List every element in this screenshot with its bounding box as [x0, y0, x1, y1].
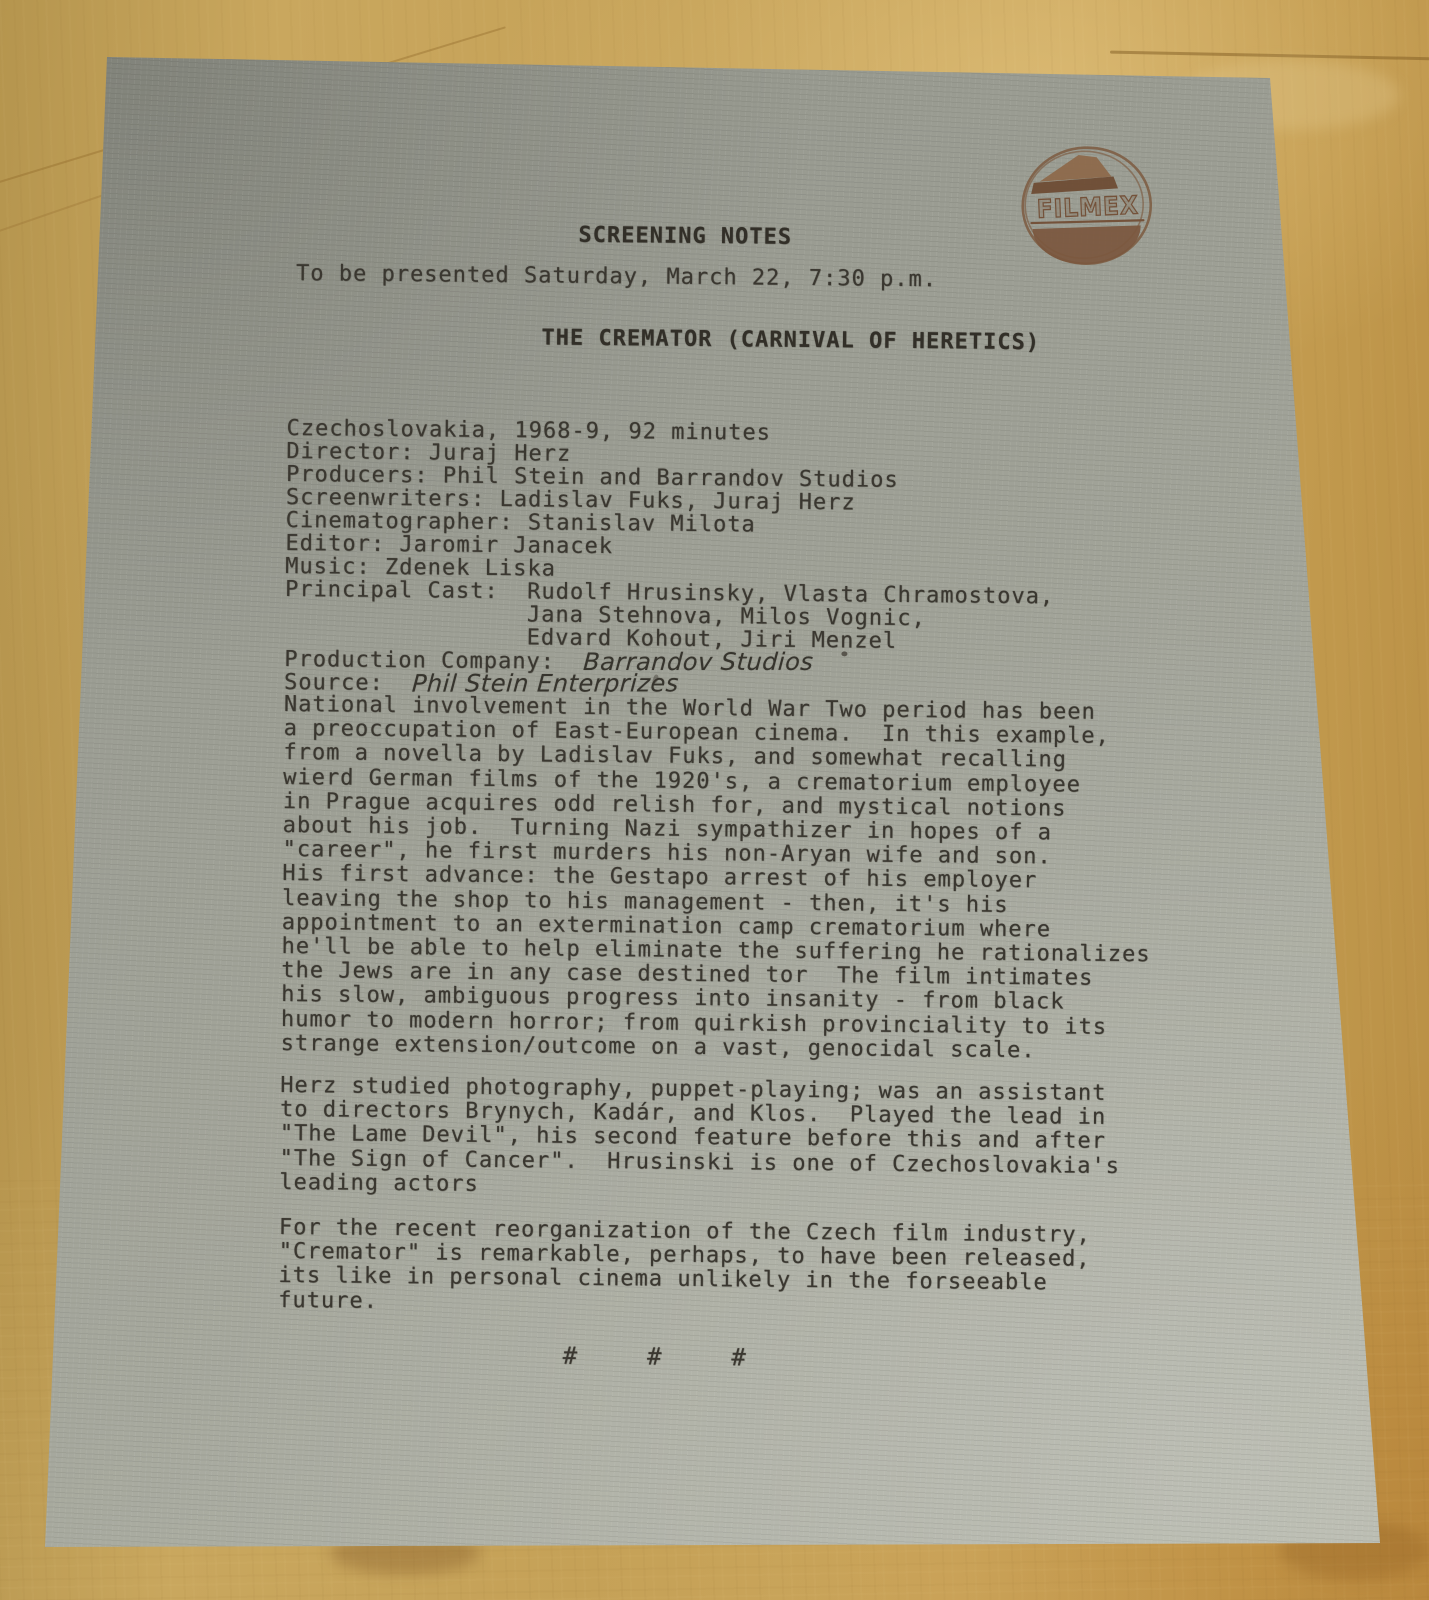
synopsis-paragraph: National involvement in the World War Tw… [281, 693, 1153, 1064]
film-credits: Czechoslovakia, 1968-9, 92 minutes Direc… [284, 417, 1055, 654]
logo-wordmark: FILMEX [1036, 190, 1139, 223]
presentation-date-line: To be presented Saturday, March 22, 7:30… [296, 262, 937, 292]
source-handwritten: Phil Stein Enterprizes [411, 672, 679, 695]
paper-sheet: FILMEX SCREENING NOTES To be presented S… [0, 0, 1429, 1600]
filmex-logo-icon: FILMEX [1000, 135, 1173, 279]
film-title: THE CREMATOR (CARNIVAL OF HERETICS) [541, 326, 1040, 355]
ink-dot [841, 651, 847, 656]
document-heading: SCREENING NOTES [578, 224, 792, 250]
end-mark: # # # [563, 1344, 747, 1370]
logo-semicircle-shape [1033, 224, 1143, 266]
closing-paragraph: For the recent reorganization of the Cze… [278, 1216, 1091, 1321]
document-content: FILMEX SCREENING NOTES To be presented S… [0, 0, 1429, 1600]
director-bio-paragraph: Herz studied photography, puppet-playing… [279, 1074, 1121, 1203]
